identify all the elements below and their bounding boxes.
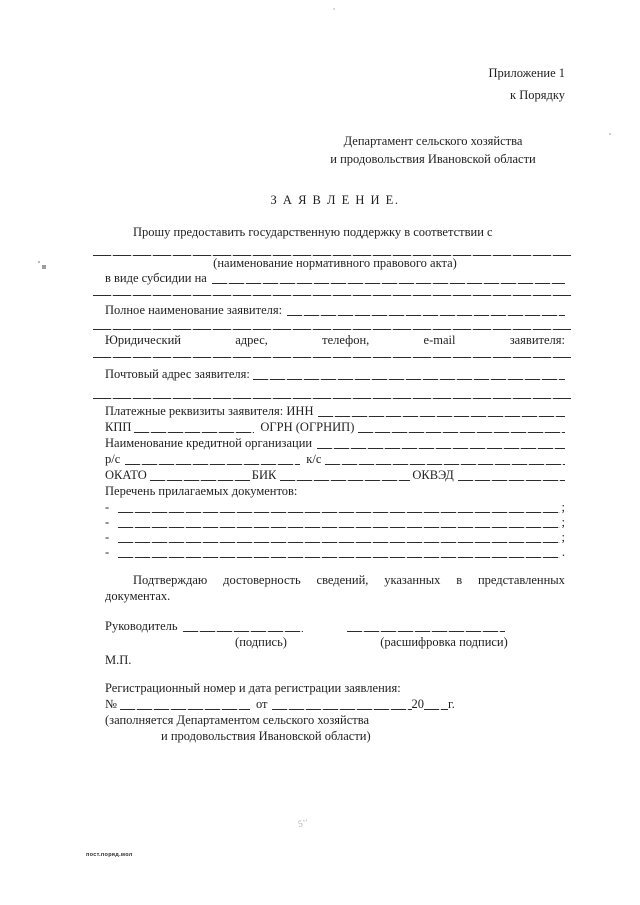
appendix-header: Приложение 1 к Порядку xyxy=(105,62,565,106)
subsidy-row: в виде субсидии на xyxy=(105,270,565,286)
doc-item-blank-field xyxy=(118,501,559,515)
doc-item-bullet: - xyxy=(105,544,109,560)
inn-label: Платежные реквизиты заявителя: ИНН xyxy=(105,403,313,419)
doc-item-blank-field xyxy=(118,531,559,545)
ks-blank-field xyxy=(325,453,565,467)
confirmation-paragraph-line2: документах. xyxy=(105,588,565,604)
bik-label: БИК xyxy=(252,467,277,483)
document-title: З А Я В Л Е Н И Е. xyxy=(105,192,565,208)
signature-name-blank-field xyxy=(347,620,505,634)
blank-line-legal xyxy=(93,354,571,358)
okato-label: ОКАТО xyxy=(105,467,147,483)
scan-speck xyxy=(609,133,611,135)
bik-blank-field xyxy=(280,469,410,483)
doc-item-suffix: . xyxy=(562,544,565,560)
appendix-line2: к Порядку xyxy=(105,84,565,106)
registration-number-row: № от 20 г. xyxy=(105,696,565,712)
doc-item-row: - ; xyxy=(105,529,565,545)
legal-word: e-mail xyxy=(424,332,456,348)
footer-file-code: пост.поряд.мол xyxy=(86,852,133,858)
reg-year-suffix: г. xyxy=(448,696,455,712)
legal-word: заявителя: xyxy=(510,332,565,348)
confirm-word: представленных xyxy=(478,572,565,588)
doc-item-suffix: ; xyxy=(562,514,565,530)
blank-line-fullname2 xyxy=(93,326,571,330)
ks-label: к/с xyxy=(306,451,321,467)
signature-gap xyxy=(321,634,365,650)
appendix-line1: Приложение 1 xyxy=(105,62,565,84)
accounts-row: р/с к/с xyxy=(105,451,565,467)
reg-year-blank-field xyxy=(424,698,448,712)
signature-row: Руководитель xyxy=(105,618,565,634)
postal-blank-field xyxy=(253,368,565,382)
filled-by-note-line1: (заполняется Департаментом сельского хоз… xyxy=(105,712,565,728)
docs-list-label: Перечень прилагаемых документов: xyxy=(105,483,565,499)
reg-from-label: от xyxy=(256,696,268,712)
doc-item-row: - ; xyxy=(105,514,565,530)
confirm-word: сведений, xyxy=(317,572,369,588)
okato-row: ОКАТО БИК ОКВЭД xyxy=(105,467,565,483)
reg-date-blank-field xyxy=(272,698,412,712)
doc-item-blank-field xyxy=(118,546,560,560)
subsidy-blank-field xyxy=(212,272,565,286)
reg-number-blank-field xyxy=(120,698,250,712)
scan-speck xyxy=(42,265,46,269)
blank-line-subsidy2 xyxy=(93,292,571,296)
scan-speck xyxy=(38,261,40,263)
filled-by-note-line2: и продовольствия Ивановской области) xyxy=(105,728,565,744)
recipient-block: Департамент сельского хозяйства и продов… xyxy=(283,132,583,168)
signature-caption: (подпись) xyxy=(201,634,321,650)
document-content: Приложение 1 к Порядку Департамент сельс… xyxy=(0,0,640,744)
ogrn-label: ОГРН (ОГРНИП) xyxy=(260,419,354,435)
doc-item-blank-field xyxy=(118,516,559,530)
doc-item-bullet: - xyxy=(105,514,109,530)
kpp-label: КПП xyxy=(105,419,131,435)
inn-row: Платежные реквизиты заявителя: ИНН xyxy=(105,403,565,419)
act-caption: (наименование нормативного правового акт… xyxy=(105,256,565,270)
rs-label: р/с xyxy=(105,451,120,467)
bank-row: Наименование кредитной организации xyxy=(105,435,565,451)
kpp-blank-field xyxy=(134,421,254,435)
stamp-label: М.П. xyxy=(105,652,565,668)
inn-blank-field xyxy=(318,405,565,419)
legal-address-row: Юридический адрес, телефон, e-mail заяви… xyxy=(105,332,565,348)
signature-name-caption: (расшифровка подписи) xyxy=(365,634,523,650)
full-name-blank-field xyxy=(287,304,565,318)
scanned-document-page: Приложение 1 к Порядку Департамент сельс… xyxy=(0,0,640,905)
doc-item-bullet: - xyxy=(105,529,109,545)
doc-item-row: - . xyxy=(105,544,565,560)
recipient-line2: и продовольствия Ивановской области xyxy=(283,150,583,168)
doc-item-suffix: ; xyxy=(562,499,565,515)
rs-blank-field xyxy=(125,453,300,467)
postal-row: Почтовый адрес заявителя: xyxy=(105,366,565,382)
confirm-word: указанных xyxy=(384,572,440,588)
reg-year-prefix: 20 xyxy=(412,696,425,712)
okved-blank-field xyxy=(458,469,565,483)
registration-label: Регистрационный номер и дата регистрации… xyxy=(105,680,565,696)
confirm-word: в xyxy=(456,572,462,588)
signature-captions-row: (подпись) (расшифровка подписи) xyxy=(105,634,565,650)
confirm-word: Подтверждаю xyxy=(133,572,207,588)
payment-details-block: Платежные реквизиты заявителя: ИНН КПП О… xyxy=(105,403,565,499)
okved-label: ОКВЭД xyxy=(412,467,453,483)
scan-smudge-mark: 5'' xyxy=(297,817,309,829)
ogrn-blank-field xyxy=(358,421,565,435)
reg-no-sign: № xyxy=(105,696,117,712)
postal-label: Почтовый адрес заявителя: xyxy=(105,366,250,382)
signature-blank-field xyxy=(183,620,303,634)
kpp-ogrn-row: КПП ОГРН (ОГРНИП) xyxy=(105,419,565,435)
confirmation-paragraph-line1: Подтверждаю достоверность сведений, указ… xyxy=(105,572,565,588)
full-name-label: Полное наименование заявителя: xyxy=(105,302,282,318)
subsidy-label: в виде субсидии на xyxy=(105,270,207,286)
intro-paragraph: Прошу предоставить государственную подде… xyxy=(105,224,565,240)
legal-word: Юридический xyxy=(105,332,181,348)
recipient-line1: Департамент сельского хозяйства xyxy=(283,132,583,150)
legal-word: адрес, xyxy=(235,332,268,348)
doc-item-suffix: ; xyxy=(562,529,565,545)
okato-blank-field xyxy=(150,469,250,483)
bank-blank-field xyxy=(317,437,565,451)
scan-speck xyxy=(333,8,335,10)
confirm-word: достоверность xyxy=(223,572,301,588)
legal-word: телефон, xyxy=(322,332,369,348)
head-label: Руководитель xyxy=(105,618,178,634)
blank-line-postal2 xyxy=(93,395,571,399)
bank-label: Наименование кредитной организации xyxy=(105,435,312,451)
doc-item-bullet: - xyxy=(105,499,109,515)
doc-item-row: - ; xyxy=(105,499,565,515)
full-name-row: Полное наименование заявителя: xyxy=(105,302,565,318)
